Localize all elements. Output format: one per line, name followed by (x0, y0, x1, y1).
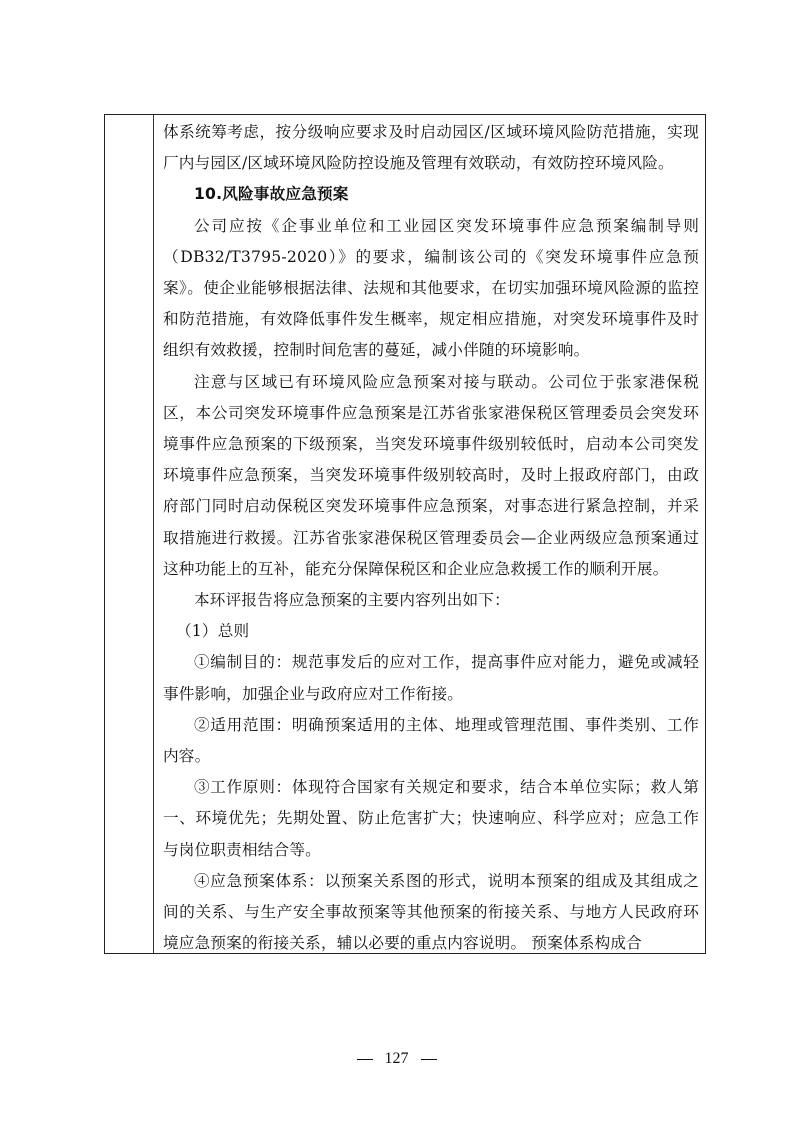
paragraph-contents-intro: 本环评报告将应急预案的主要内容列出如下： (163, 585, 699, 616)
footer-dash-left (357, 1059, 373, 1060)
page-footer: 127 (0, 1050, 793, 1068)
paragraph-working-principles: ③工作原则：体现符合国家有关规定和要求，结合本单位实际；救人第一、环境优先；先期… (163, 772, 699, 866)
paragraph-scope: ②适用范围：明确预案适用的主体、地理或管理范围、事件类别、工作内容。 (163, 710, 699, 772)
paragraph-emergency-plan-requirement: 公司应按《企事业单位和工业园区突发环境事件应急预案编制导则（DB32/T3795… (163, 211, 699, 367)
content-table: 体系统筹考虑，按分级响应要求及时启动园区/区域环境风险防范措施，实现厂内与园区/… (104, 114, 706, 954)
paragraph-continuation: 体系统筹考虑，按分级响应要求及时启动园区/区域环境风险防范措施，实现厂内与园区/… (163, 117, 699, 179)
footer-dash-right (421, 1059, 437, 1060)
paragraph-plan-system: ④应急预案体系：以预案关系图的形式，说明本预案的组成及其组成之间的关系、与生产安… (163, 866, 699, 960)
paragraph-purpose: ①编制目的：规范事发后的应对工作，提高事件应对能力，避免或减轻事件影响，加强企业… (163, 647, 699, 709)
page-number: 127 (385, 1050, 409, 1067)
paragraph-regional-linkage: 注意与区域已有环境风险应急预案对接与联动。公司位于张家港保税区，本公司突发环境事… (163, 367, 699, 585)
subheading-general-principles: （1）总则 (163, 616, 699, 647)
table-content-cell: 体系统筹考虑，按分级响应要求及时启动园区/区域环境风险防范措施，实现厂内与园区/… (154, 115, 705, 953)
table-left-column (105, 115, 154, 953)
section-heading: 10.风险事故应急预案 (163, 179, 699, 210)
